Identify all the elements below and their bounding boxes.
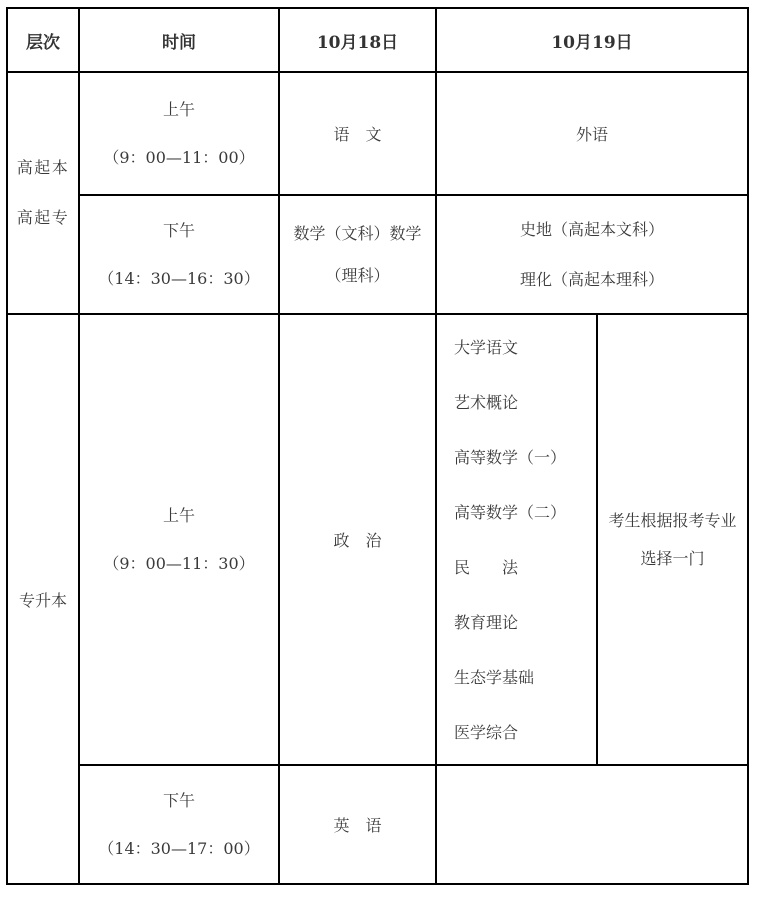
subject-item: 艺术概论 xyxy=(454,375,596,430)
session-label: 上午 xyxy=(80,492,278,540)
session-time: （14：30—16：30） xyxy=(80,255,278,303)
subject-item: 高等数学（一） xyxy=(454,430,596,485)
section2-morning-time-cell: 上午 （9：00—11：30） xyxy=(79,314,279,765)
session-time: （9：00—11：30） xyxy=(80,540,278,588)
level-line-1: 高起本 xyxy=(8,143,78,193)
section2-afternoon-oct18-cell: 英 语 xyxy=(279,765,436,884)
session-time: （9：00—11：00） xyxy=(80,134,278,182)
section1-afternoon-oct19-cell: 史地（高起本文科） 理化（高起本理科） xyxy=(436,195,748,314)
header-level: 层次 xyxy=(7,8,79,72)
subject-item: 教育理论 xyxy=(454,595,596,650)
exam-schedule-sheet: 层次 时间 10月18日 10月19日 高起本 高起专 上午 （9：00—11：… xyxy=(0,0,757,914)
section2-level-cell: 专升本 xyxy=(7,314,79,884)
session-label: 上午 xyxy=(80,86,278,134)
subject-line: 数学（文科）数学 xyxy=(280,213,435,255)
exam-schedule-table: 层次 时间 10月18日 10月19日 高起本 高起专 上午 （9：00—11：… xyxy=(6,7,749,885)
session-label: 下午 xyxy=(80,207,278,255)
section2-morning-row: 专升本 上午 （9：00—11：30） 政 治 大学语文 艺术概论 高等数学（一… xyxy=(7,314,748,765)
session-label: 下午 xyxy=(80,777,278,825)
section2-afternoon-time-cell: 下午 （14：30—17：00） xyxy=(79,765,279,884)
section2-morning-note-cell: 考生根据报考专业 选择一门 xyxy=(597,314,748,765)
subject-item: 生态学基础 xyxy=(454,650,596,705)
section1-afternoon-oct18-cell: 数学（文科）数学 （理科） xyxy=(279,195,436,314)
section2-morning-oct18-cell: 政 治 xyxy=(279,314,436,765)
note-line: 选择一门 xyxy=(598,540,747,578)
section1-morning-time-cell: 上午 （9：00—11：00） xyxy=(79,72,279,195)
note-line: 考生根据报考专业 xyxy=(598,502,747,540)
subject-line: 史地（高起本文科） xyxy=(437,205,747,255)
section1-afternoon-row: 下午 （14：30—16：30） 数学（文科）数学 （理科） 史地（高起本文科）… xyxy=(7,195,748,314)
header-row: 层次 时间 10月18日 10月19日 xyxy=(7,8,748,72)
level-line-2: 高起专 xyxy=(8,193,78,243)
section2-afternoon-row: 下午 （14：30—17：00） 英 语 xyxy=(7,765,748,884)
subject-line: 理化（高起本理科） xyxy=(437,255,747,305)
header-oct19: 10月19日 xyxy=(436,8,748,72)
section1-afternoon-time-cell: 下午 （14：30—16：30） xyxy=(79,195,279,314)
section1-morning-oct18-cell: 语 文 xyxy=(279,72,436,195)
subject-item: 民 法 xyxy=(454,540,596,595)
section2-afternoon-oct19-cell xyxy=(436,765,748,884)
section1-morning-oct19-cell: 外语 xyxy=(436,72,748,195)
subject-item: 医学综合 xyxy=(454,705,596,760)
section2-morning-subjects-cell: 大学语文 艺术概论 高等数学（一） 高等数学（二） 民 法 教育理论 生态学基础… xyxy=(436,314,597,765)
subject-line: （理科） xyxy=(280,255,435,297)
header-time: 时间 xyxy=(79,8,279,72)
subject-item: 高等数学（二） xyxy=(454,485,596,540)
section1-morning-row: 高起本 高起专 上午 （9：00—11：00） 语 文 外语 xyxy=(7,72,748,195)
section1-level-cell: 高起本 高起专 xyxy=(7,72,79,314)
session-time: （14：30—17：00） xyxy=(80,825,278,873)
header-oct18: 10月18日 xyxy=(279,8,436,72)
subject-item: 大学语文 xyxy=(454,320,596,375)
